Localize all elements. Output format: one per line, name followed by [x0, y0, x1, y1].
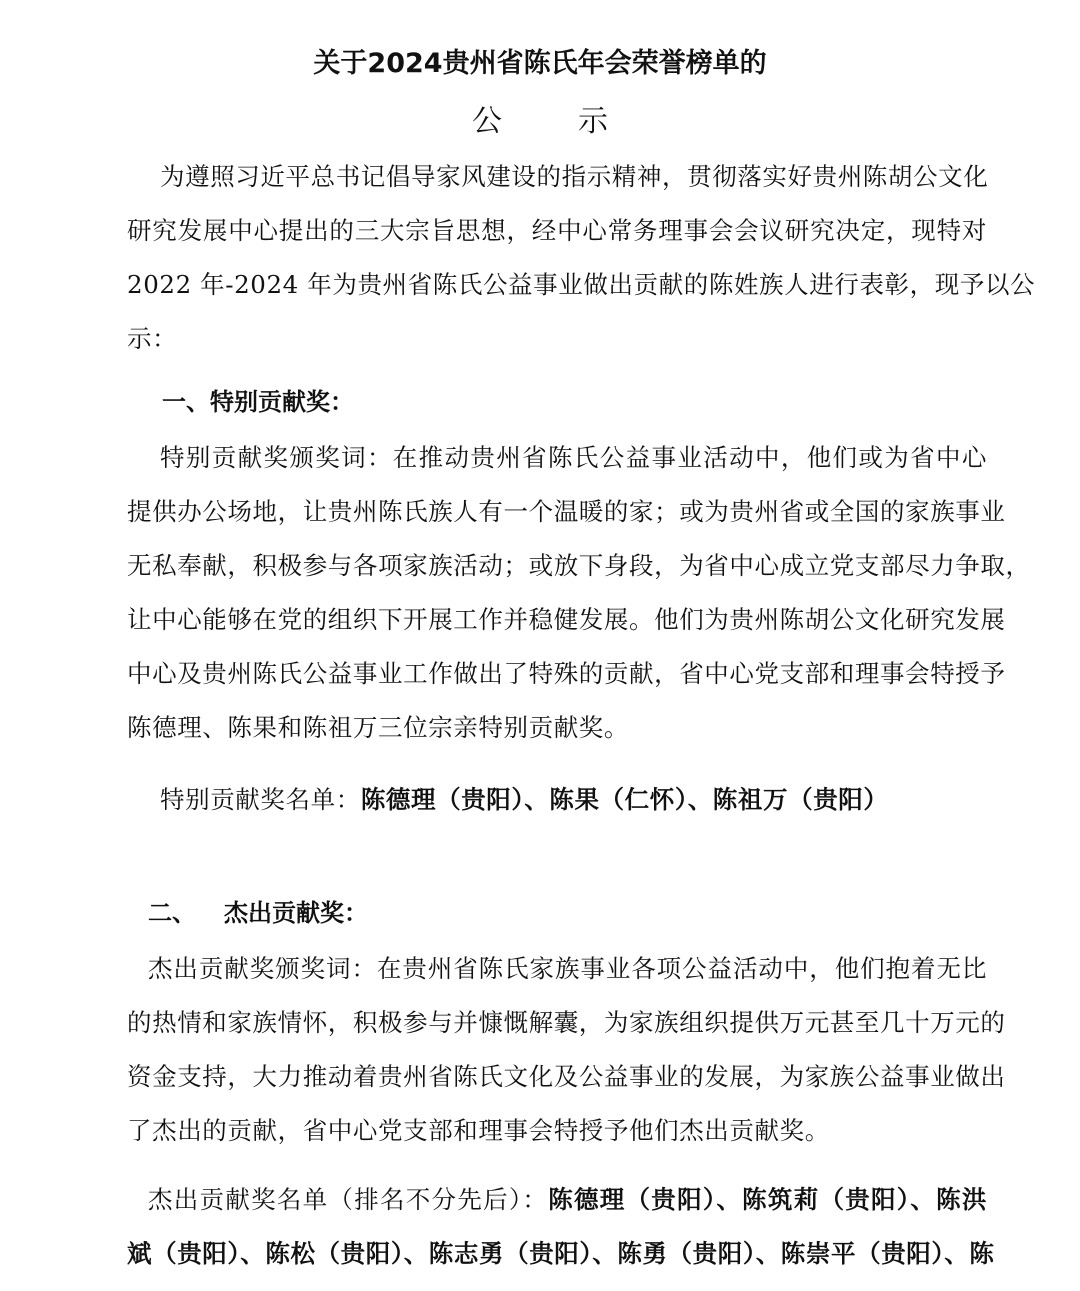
subtitle-char: 示	[578, 100, 608, 144]
citation-line: 的热情和家族情怀，积极参与并慷慨解囊，为家族组织提供万元甚至几十万元的	[127, 1003, 987, 1043]
document-subtitle: 公示	[0, 100, 1080, 144]
citation-line: 特别贡献奖颁奖词：在推动贵州省陈氏公益事业活动中，他们或为省中心	[160, 438, 987, 478]
citation-line: 了杰出的贡献，省中心党支部和理事会特授予他们杰出贡献奖。	[127, 1111, 987, 1151]
award-names: 陈德理（贵阳）、陈筑莉（贵阳）、陈洪	[548, 1185, 987, 1214]
heading-number: 二、	[148, 899, 196, 927]
section-heading-special-contribution: 一、特别贡献奖：	[162, 382, 1022, 422]
citation-line: 提供办公场地，让贵州陈氏族人有一个温暖的家；或为贵州省或全国的家族事业	[127, 492, 987, 532]
citation-line: 让中心能够在党的组织下开展工作并稳健发展。他们为贵州陈胡公文化研究发展	[127, 600, 987, 640]
intro-line: 为遵照习近平总书记倡导家风建设的指示精神，贯彻落实好贵州陈胡公文化	[160, 157, 987, 197]
citation-line: 杰出贡献奖颁奖词：在贵州省陈氏家族事业各项公益活动中，他们抱着无比	[148, 949, 987, 989]
intro-line: 2022 年-2024 年为贵州省陈氏公益事业做出贡献的陈姓族人进行表彰，现予以…	[127, 265, 987, 305]
section-heading-outstanding-contribution: 二、杰出贡献奖：	[148, 893, 1008, 933]
document-page: 关于2024贵州省陈氏年会荣誉榜单的 公示 为遵照习近平总书记倡导家风建设的指示…	[0, 0, 1080, 1291]
outstanding-award-list-line: 斌（贵阳）、陈松（贵阳）、陈志勇（贵阳）、陈勇（贵阳）、陈崇平（贵阳）、陈	[127, 1234, 987, 1274]
citation-line: 无私奉献，积极参与各项家族活动；或放下身段，为省中心成立党支部尽力争取，	[127, 546, 987, 586]
list-label: 杰出贡献奖名单（排名不分先后）：	[148, 1185, 548, 1214]
subtitle-char: 公	[472, 100, 502, 144]
heading-text: 杰出贡献奖：	[224, 899, 368, 927]
intro-line: 研究发展中心提出的三大宗旨思想，经中心常务理事会会议研究决定，现特对	[127, 211, 987, 251]
list-label: 特别贡献奖名单：	[160, 785, 361, 814]
citation-line: 陈德理、陈果和陈祖万三位宗亲特别贡献奖。	[127, 708, 987, 748]
award-names: 陈德理（贵阳）、陈果（仁怀）、陈祖万（贵阳）	[361, 785, 889, 814]
citation-line: 中心及贵州陈氏公益事业工作做出了特殊的贡献，省中心党支部和理事会特授予	[127, 654, 987, 694]
document-title: 关于2024贵州省陈氏年会荣誉榜单的	[0, 44, 1080, 84]
outstanding-award-list-line: 杰出贡献奖名单（排名不分先后）：陈德理（贵阳）、陈筑莉（贵阳）、陈洪	[148, 1180, 987, 1220]
citation-line: 资金支持，大力推动着贵州省陈氏文化及公益事业的发展，为家族公益事业做出	[127, 1057, 987, 1097]
intro-line: 示：	[127, 319, 987, 359]
special-award-list: 特别贡献奖名单：陈德理（贵阳）、陈果（仁怀）、陈祖万（贵阳）	[160, 780, 987, 820]
